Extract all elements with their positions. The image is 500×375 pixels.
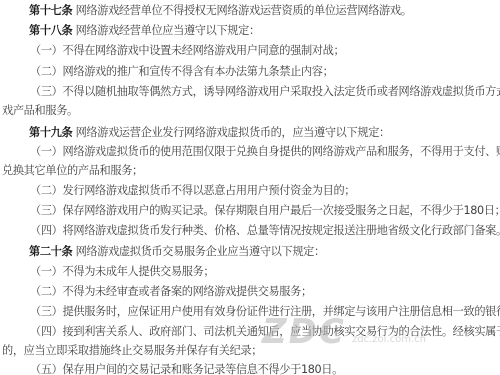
article-title: 第二十条 [29,244,72,258]
clause-line: （二）发行网络游戏虚拟货币不得以恶意占用用户预付资金为目的； [30,184,355,198]
article-text: 网络游戏运营企业发行网络游戏虚拟货币的，应当遵守以下规定： [76,126,390,139]
clause-line: （三）保存网络游戏用户的购买记录。保存期限自用户最后一次接受服务之日起，不得少于… [30,204,500,218]
clause-line: （三）不得以随机抽取等偶然方式，诱导网络游戏用户采取投入法定货币或者网络游戏虚拟… [30,85,500,99]
article-text: 网络游戏经营单位应当遵守以下规定： [76,24,260,37]
clause-line: （一）网络游戏虚拟货币的使用范围仅限于兑换自身提供的网络游戏产品和服务，不得用于… [30,145,500,159]
regulation-document: 第十七条 网络游戏经营单位不得授权无网络游戏运营资质的单位运营网络游戏。 第十八… [0,0,500,375]
clause-line: （三）提供服务时，应保证用户使用有效身份证件进行注册，并绑定与该用户注册信息相一… [30,305,500,319]
clause-line: （二）不得为未经审查或者备案的网络游戏提供交易服务； [30,285,312,299]
article-title: 第十八条 [29,23,72,37]
clause-line-continued: 的，应当立即采取措施终止交易服务并保存有关纪录； [2,344,262,358]
article-17: 第十七条 网络游戏经营单位不得授权无网络游戏运营资质的单位运营网络游戏。 [29,3,412,18]
article-text: 网络游戏经营单位不得授权无网络游戏运营资质的单位运营网络游戏。 [76,4,412,17]
article-title: 第十九条 [29,125,72,139]
clause-line: （一）不得在网络游戏中设置未经网络游戏用户同意的强制对战； [30,44,344,58]
clause-line: （四）将网络游戏虚拟货币发行种类、价格、总量等情况按规定报送注册地省级文化行政部… [30,224,500,238]
article-19: 第十九条 网络游戏运营企业发行网络游戏虚拟货币的，应当遵守以下规定： [29,125,390,140]
clause-line: （五）保存用户间的交易记录和账务记录等信息不得少于180日。 [30,363,343,375]
article-18: 第十八条 网络游戏经营单位应当遵守以下规定： [29,23,260,38]
clause-line: （二）网络游戏的推广和宣传不得含有本办法第九条禁止内容； [30,65,333,79]
article-text: 网络游戏虚拟货币交易服务企业应当遵守以下规定： [76,245,325,258]
article-title: 第十七条 [29,3,72,17]
article-20: 第二十条 网络游戏虚拟货币交易服务企业应当遵守以下规定： [29,244,325,259]
clause-line-continued: 兑换其它单位的产品和服务； [2,164,143,178]
clause-line-continued: 戏产品和服务。 [2,104,78,118]
clause-line: （四）接到利害关系人、政府部门、司法机关通知后，应当协助核实交易行为的合法性。经… [30,325,500,339]
clause-line: （一）不得为未成年人提供交易服务； [30,265,214,279]
